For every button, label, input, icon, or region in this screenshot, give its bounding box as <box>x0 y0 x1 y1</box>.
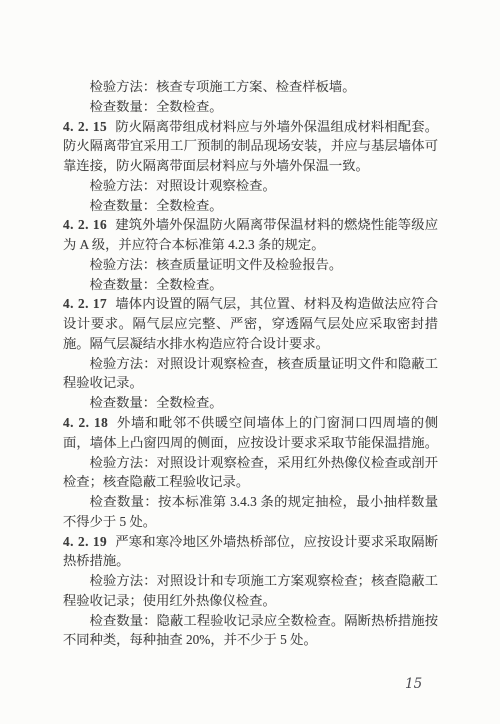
line-text: 热桥措施。 <box>63 553 129 568</box>
line-text: 靠连接，防火隔离带面层材料应与外墙外保温一致。 <box>63 158 369 173</box>
text-line: 检查数量：全数检查。 <box>63 393 438 413</box>
line-text: 检验方法：对照设计和专项施工方案观察检查；核查隐蔽工 <box>90 573 438 588</box>
text-line: 检验方法：对照设计观察检查，采用红外热像仪检查或剖开 <box>63 453 438 473</box>
line-text: 面，墙体上凸窗四周的侧面，应按设计要求采取节能保温措施。 <box>63 435 438 450</box>
clause-line: 4. 2. 18外墙和毗邻不供暖空间墙体上的门窗洞口四周墙的侧 <box>63 413 438 433</box>
text-line: 检查；核查隐蔽工程验收记录。 <box>63 472 438 492</box>
line-text: 墙体内设置的隔气层，其位置、材料及构造做法应符合 <box>115 296 438 311</box>
line-text: 设计要求。隔气层应完整、严密，穿透隔气层处应采取密封措 <box>63 316 438 331</box>
text-line: 面，墙体上凸窗四周的侧面，应按设计要求采取节能保温措施。 <box>63 433 438 453</box>
line-text: 施。隔气层凝结水排水构造应符合设计要求。 <box>63 336 329 351</box>
line-text: 检查数量：全数检查。 <box>90 395 223 410</box>
text-line: 检验方法：核查质量证明文件及检验报告。 <box>63 255 438 275</box>
line-text: 建筑外墙外保温防火隔离带保温材料的燃烧性能等级应 <box>115 217 438 232</box>
text-line: 防火隔离带宜采用工厂预制的制品现场安装，并应与基层墙体可 <box>63 136 438 156</box>
line-text: 不得少于 5 处。 <box>63 514 156 529</box>
text-line: 热桥措施。 <box>63 551 438 571</box>
text-line: 为 A 级，并应符合本标准第 4.2.3 条的规定。 <box>63 235 438 255</box>
text-line: 检验方法：对照设计观察检查。 <box>63 176 438 196</box>
text-line: 检查数量：全数检查。 <box>63 196 438 216</box>
text-line: 检查数量：全数检查。 <box>63 275 438 295</box>
text-line: 检查数量：按本标准第 3.4.3 条的规定抽检，最小抽样数量 <box>63 492 438 512</box>
line-text: 检查数量：全数检查。 <box>90 277 223 292</box>
clause-line: 4. 2. 15防火隔离带组成材料应与外墙外保温组成材料相配套。 <box>63 117 438 137</box>
line-text: 严寒和寒冷地区外墙热桥部位，应按设计要求采取隔断 <box>115 534 438 549</box>
line-text: 程验收记录。 <box>63 375 143 390</box>
clause-line: 4. 2. 19严寒和寒冷地区外墙热桥部位，应按设计要求采取隔断 <box>63 532 438 552</box>
line-text: 检查数量：全数检查。 <box>90 198 223 213</box>
line-text: 检验方法：对照设计观察检查，采用红外热像仪检查或剖开 <box>90 455 438 470</box>
text-line: 检验方法：对照设计和专项施工方案观察检查；核查隐蔽工 <box>63 571 438 591</box>
line-text: 检验方法：对照设计观察检查。 <box>90 178 276 193</box>
line-text: 检查；核查隐蔽工程验收记录。 <box>63 474 249 489</box>
line-text: 程验收记录；使用红外热像仪检查。 <box>63 593 276 608</box>
line-text: 检验方法：核查专项施工方案、检查样板墙。 <box>90 79 356 94</box>
document-page: 检验方法：核查专项施工方案、检查样板墙。检查数量：全数检查。4. 2. 15防火… <box>0 0 500 724</box>
text-line: 检查数量：隐蔽工程验收记录应全数检查。隔断热桥措施按 <box>63 611 438 631</box>
line-text: 外墙和毗邻不供暖空间墙体上的门窗洞口四周墙的侧 <box>116 415 438 430</box>
text-line: 程验收记录。 <box>63 373 438 393</box>
clause-number: 4. 2. 19 <box>63 534 107 549</box>
clause-line: 4. 2. 16建筑外墙外保温防火隔离带保温材料的燃烧性能等级应 <box>63 215 438 235</box>
page-number: 15 <box>405 676 422 692</box>
clause-number: 4. 2. 17 <box>63 296 107 311</box>
clause-number: 4. 2. 18 <box>63 415 108 430</box>
line-text: 防火隔离带组成材料应与外墙外保温组成材料相配套。 <box>115 119 438 134</box>
line-text: 为 A 级，并应符合本标准第 4.2.3 条的规定。 <box>63 237 325 252</box>
line-text: 不同种类，每种抽查 20%，并不少于 5 处。 <box>63 632 317 647</box>
text-block: 检验方法：核查专项施工方案、检查样板墙。检查数量：全数检查。4. 2. 15防火… <box>63 77 438 650</box>
text-line: 检查数量：全数检查。 <box>63 97 438 117</box>
text-line: 检验方法：对照设计观察检查，核查质量证明文件和隐蔽工 <box>63 354 438 374</box>
text-line: 不同种类，每种抽查 20%，并不少于 5 处。 <box>63 630 438 650</box>
text-line: 靠连接，防火隔离带面层材料应与外墙外保温一致。 <box>63 156 438 176</box>
clause-number: 4. 2. 16 <box>63 217 107 232</box>
text-line: 检验方法：核查专项施工方案、检查样板墙。 <box>63 77 438 97</box>
text-line: 施。隔气层凝结水排水构造应符合设计要求。 <box>63 334 438 354</box>
text-line: 不得少于 5 处。 <box>63 512 438 532</box>
line-text: 检查数量：全数检查。 <box>90 99 223 114</box>
text-line: 程验收记录；使用红外热像仪检查。 <box>63 591 438 611</box>
clause-number: 4. 2. 15 <box>63 119 107 134</box>
line-text: 检查数量：按本标准第 3.4.3 条的规定抽检，最小抽样数量 <box>90 494 438 509</box>
line-text: 防火隔离带宜采用工厂预制的制品现场安装，并应与基层墙体可 <box>63 138 438 153</box>
line-text: 检查数量：隐蔽工程验收记录应全数检查。隔断热桥措施按 <box>90 613 438 628</box>
clause-line: 4. 2. 17墙体内设置的隔气层，其位置、材料及构造做法应符合 <box>63 294 438 314</box>
line-text: 检验方法：核查质量证明文件及检验报告。 <box>90 257 343 272</box>
line-text: 检验方法：对照设计观察检查，核查质量证明文件和隐蔽工 <box>90 356 438 371</box>
text-line: 设计要求。隔气层应完整、严密，穿透隔气层处应采取密封措 <box>63 314 438 334</box>
